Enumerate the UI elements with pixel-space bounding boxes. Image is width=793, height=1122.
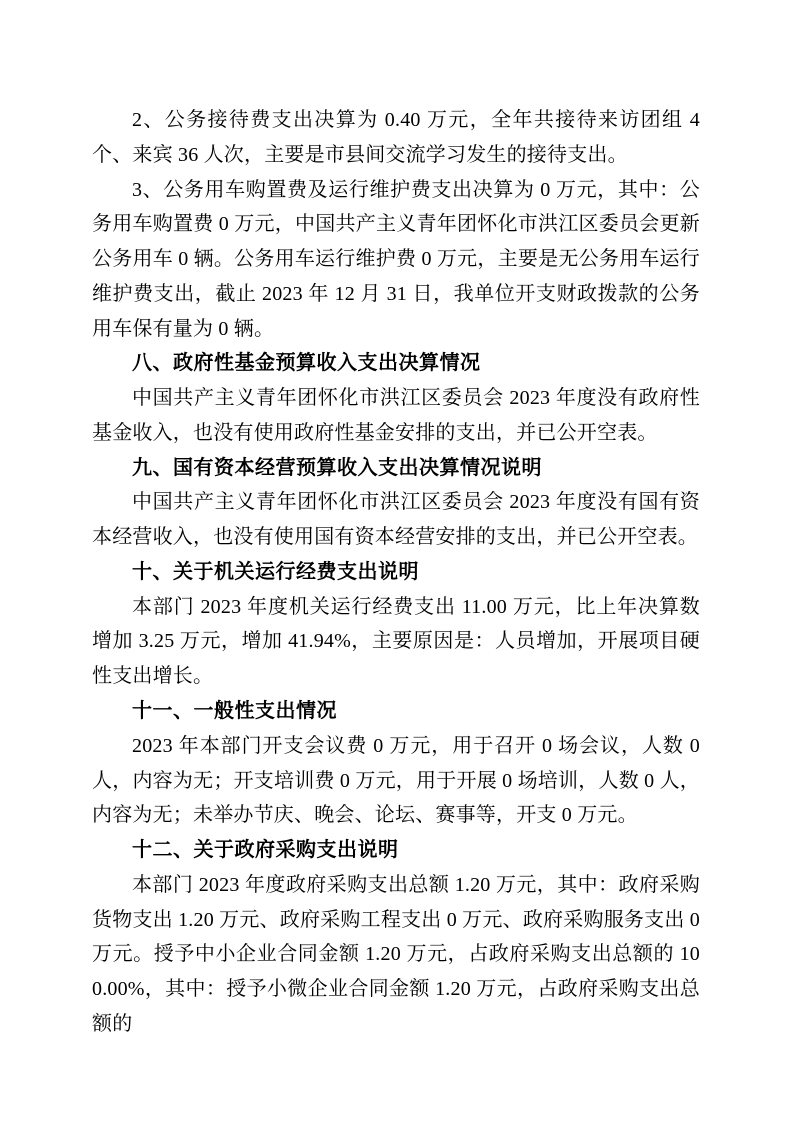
paragraph-general-expenses-statement: 2023 年本部门开支会议费 0 万元，用于召开 0 场会议，人数 0 人，内容… xyxy=(92,729,700,833)
paragraph-official-reception-expense: 2、公务接待费支出决算为 0.40 万元，全年共接待来访团组 4 个、来宾 36… xyxy=(92,103,700,173)
heading-section-8-government-fund: 八、政府性基金预算收入支出决算情况 xyxy=(92,346,700,381)
paragraph-state-capital-statement: 中国共产主义青年团怀化市洪江区委员会 2023 年度没有国有资本经营收入，也没有… xyxy=(92,485,700,555)
heading-section-12-procurement: 十二、关于政府采购支出说明 xyxy=(92,833,700,868)
document-page: 2、公务接待费支出决算为 0.40 万元，全年共接待来访团组 4 个、来宾 36… xyxy=(0,0,793,1122)
paragraph-operating-funds-statement: 本部门 2023 年度机关运行经费支出 11.00 万元，比上年决算数增加 3.… xyxy=(92,590,700,694)
paragraph-official-vehicle-expense: 3、公务用车购置费及运行维护费支出决算为 0 万元，其中：公务用车购置费 0 万… xyxy=(92,173,700,347)
heading-section-10-operating-funds: 十、关于机关运行经费支出说明 xyxy=(92,555,700,590)
heading-section-11-general-expenses: 十一、一般性支出情况 xyxy=(92,694,700,729)
heading-section-9-state-capital: 九、国有资本经营预算收入支出决算情况说明 xyxy=(92,451,700,486)
paragraph-government-fund-statement: 中国共产主义青年团怀化市洪江区委员会 2023 年度没有政府性基金收入，也没有使… xyxy=(92,381,700,451)
paragraph-procurement-statement: 本部门 2023 年度政府采购支出总额 1.20 万元，其中：政府采购货物支出 … xyxy=(92,868,700,1042)
